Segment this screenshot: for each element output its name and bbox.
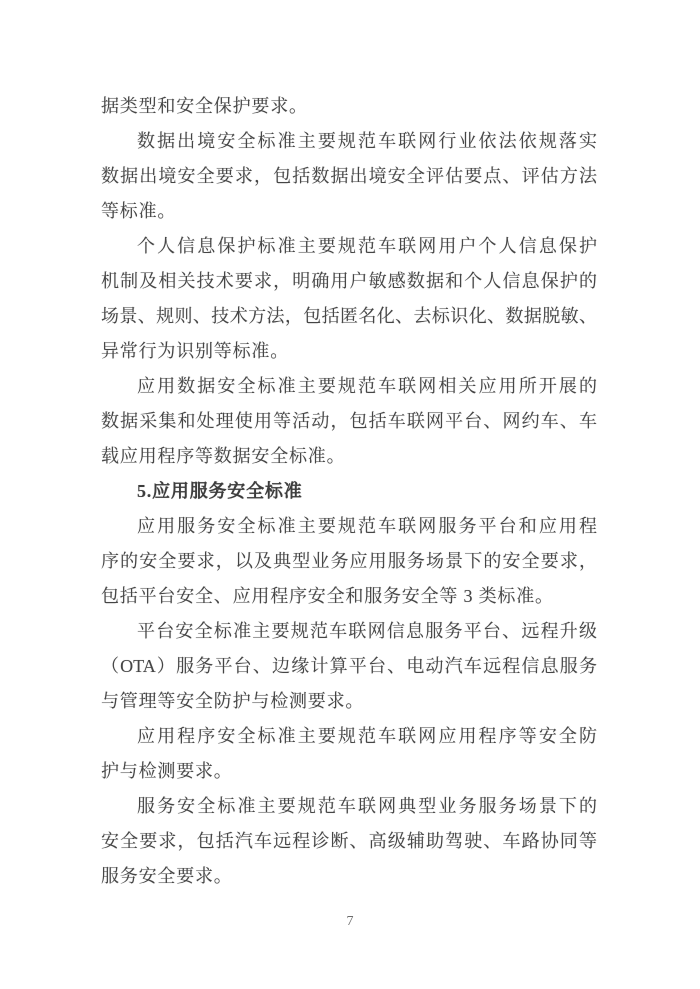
text-line: 载应用程序等数据安全标准。 — [101, 439, 597, 474]
paragraph: 应用数据安全标准主要规范车联网相关应用所开展的 数据采集和处理使用等活动，包括车… — [101, 369, 597, 474]
paragraph: 服务安全标准主要规范车联网典型业务服务场景下的 安全要求，包括汽车远程诊断、高级… — [101, 789, 597, 894]
text-line: 应用服务安全标准主要规范车联网服务平台和应用程 — [101, 509, 597, 544]
text-line: 个人信息保护标准主要规范车联网用户个人信息保护 — [101, 229, 597, 264]
text-line: 与管理等安全防护与检测要求。 — [101, 684, 597, 719]
text-line: 数据采集和处理使用等活动，包括车联网平台、网约车、车 — [101, 404, 597, 439]
text-line: 应用数据安全标准主要规范车联网相关应用所开展的 — [101, 369, 597, 404]
text-line: 异常行为识别等标准。 — [101, 334, 597, 369]
page-number: 7 — [0, 913, 700, 931]
text-line: 服务安全要求。 — [101, 859, 597, 894]
section-heading: 5.应用服务安全标准 — [101, 474, 597, 509]
document-page: 据类型和安全保护要求。 数据出境安全标准主要规范车联网行业依法依规落实 数据出境… — [0, 0, 700, 989]
text-line: （OTA）服务平台、边缘计算平台、电动汽车远程信息服务 — [101, 649, 597, 684]
text-line: 平台安全标准主要规范车联网信息服务平台、远程升级 — [101, 614, 597, 649]
text-line: 等标准。 — [101, 194, 597, 229]
text-block: 据类型和安全保护要求。 数据出境安全标准主要规范车联网行业依法依规落实 数据出境… — [101, 89, 597, 894]
text-line: 据类型和安全保护要求。 — [101, 89, 597, 124]
text-line: 服务安全标准主要规范车联网典型业务服务场景下的 — [101, 789, 597, 824]
text-line: 场景、规则、技术方法，包括匿名化、去标识化、数据脱敏、 — [101, 299, 597, 334]
text-line: 护与检测要求。 — [101, 754, 597, 789]
text-line: 应用程序安全标准主要规范车联网应用程序等安全防 — [101, 719, 597, 754]
paragraph: 应用程序安全标准主要规范车联网应用程序等安全防 护与检测要求。 — [101, 719, 597, 789]
text-line: 包括平台安全、应用程序安全和服务安全等 3 类标准。 — [101, 579, 597, 614]
paragraph: 应用服务安全标准主要规范车联网服务平台和应用程 序的安全要求，以及典型业务应用服… — [101, 509, 597, 614]
text-line: 数据出境安全标准主要规范车联网行业依法依规落实 — [101, 124, 597, 159]
text-line: 数据出境安全要求，包括数据出境安全评估要点、评估方法 — [101, 159, 597, 194]
text-line: 安全要求，包括汽车远程诊断、高级辅助驾驶、车路协同等 — [101, 824, 597, 859]
paragraph: 数据出境安全标准主要规范车联网行业依法依规落实 数据出境安全要求，包括数据出境安… — [101, 124, 597, 229]
paragraph: 平台安全标准主要规范车联网信息服务平台、远程升级 （OTA）服务平台、边缘计算平… — [101, 614, 597, 719]
paragraph: 个人信息保护标准主要规范车联网用户个人信息保护 机制及相关技术要求，明确用户敏感… — [101, 229, 597, 369]
text-line: 机制及相关技术要求，明确用户敏感数据和个人信息保护的 — [101, 264, 597, 299]
text-line: 序的安全要求，以及典型业务应用服务场景下的安全要求， — [101, 544, 597, 579]
paragraph-continuation: 据类型和安全保护要求。 — [101, 89, 597, 124]
